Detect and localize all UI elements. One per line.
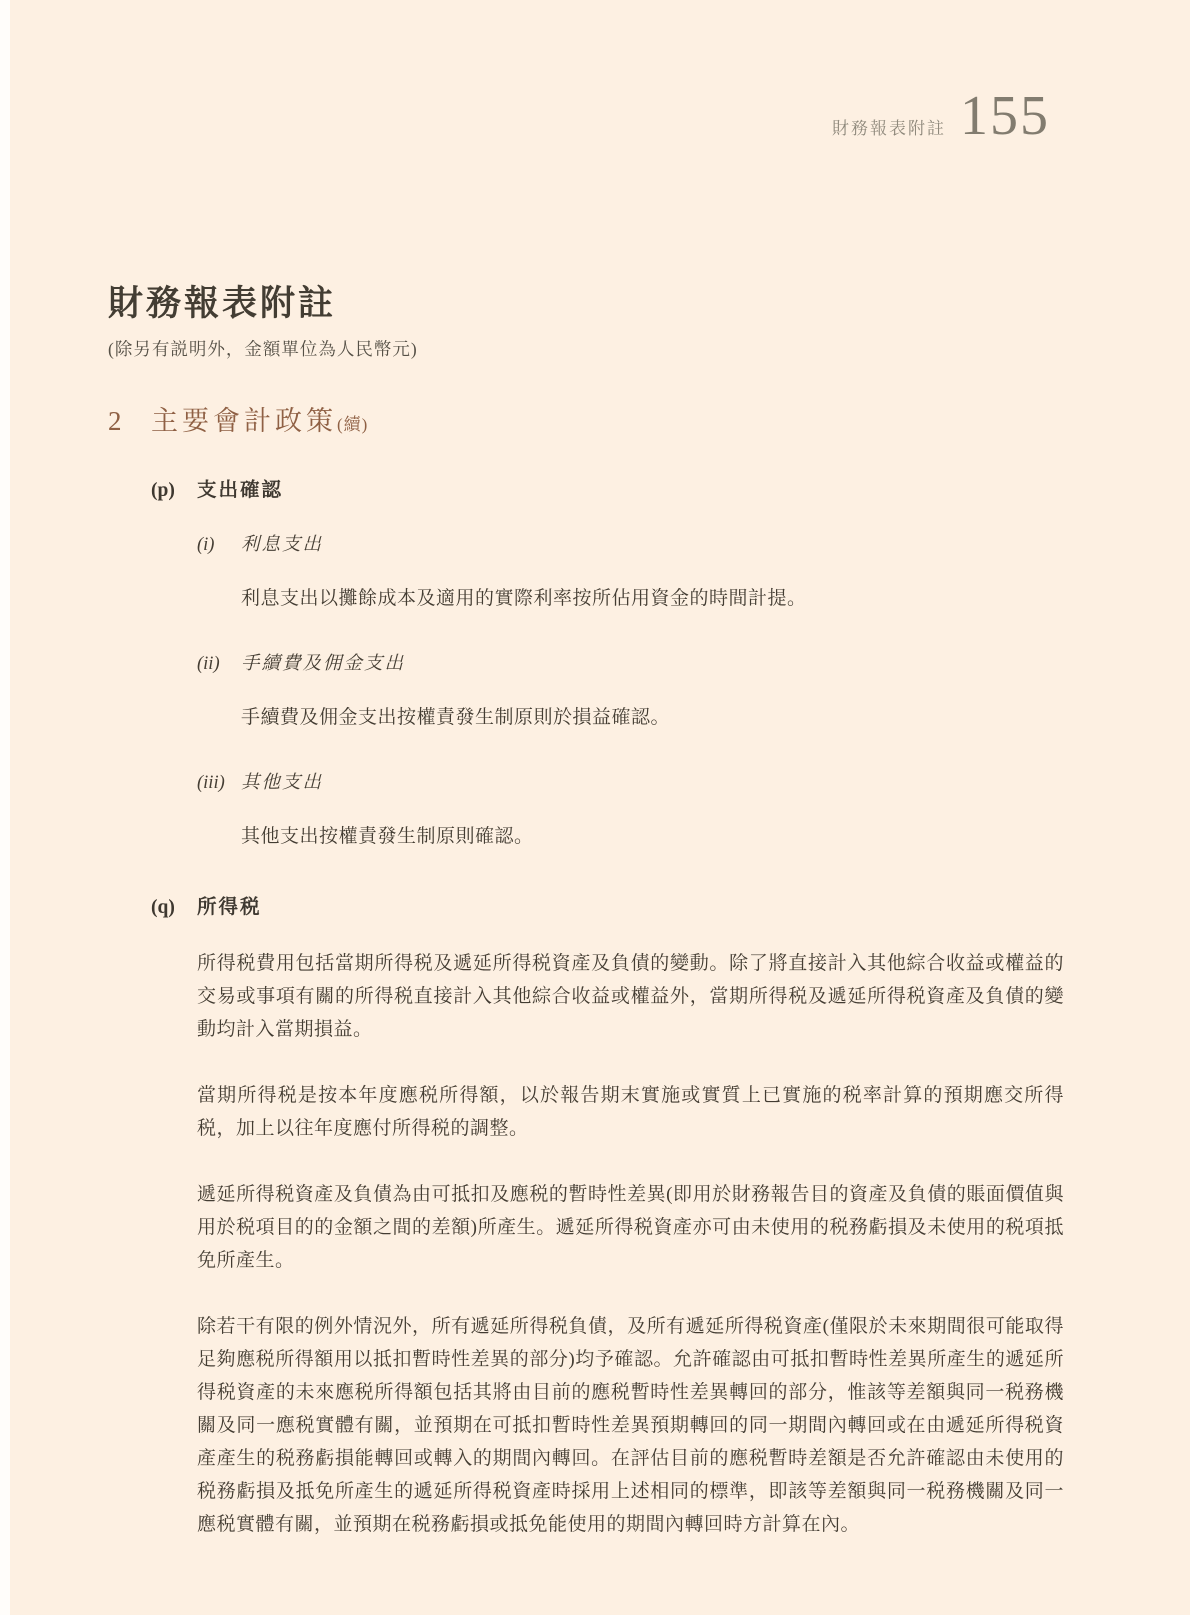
item-i-label: (i) — [197, 535, 241, 556]
item-ii-label: (ii) — [197, 654, 241, 675]
item-iii-label: (iii) — [197, 773, 241, 794]
running-header: 財務報表附註 155 — [832, 88, 1050, 144]
item-i-title: 利息支出 — [241, 530, 323, 556]
subsection-q-label: (q) — [151, 897, 197, 919]
section-heading: 2 主要會計政策(續) — [108, 399, 1064, 438]
subsection-p-label: (p) — [151, 480, 197, 502]
subsection-expense-recognition: (p) 支出確認 (i) 利息支出 利息支出以攤餘成本及適用的實際利率按所佔用資… — [151, 474, 1064, 853]
item-iii-heading: (iii) 其他支出 — [197, 768, 1064, 794]
item-iii-text: 其他支出按權責發生制原則確認。 — [241, 820, 1064, 853]
item-i-text: 利息支出以攤餘成本及適用的實際利率按所佔用資金的時間計提。 — [241, 582, 1064, 615]
income-tax-paragraph-4: 除若干有限的例外情況外，所有遞延所得税負債，及所有遞延所得税資產(僅限於未來期間… — [197, 1310, 1064, 1541]
page-content: 財務報表附註 (除另有説明外，金額單位為人民幣元) 2 主要會計政策(續) (p… — [108, 276, 1064, 1579]
item-other-expense: (iii) 其他支出 其他支出按權責發生制原則確認。 — [197, 768, 1064, 853]
section-number: 2 — [108, 406, 151, 437]
income-tax-paragraph-1: 所得税費用包括當期所得税及遞延所得税資產及負債的變動。除了將直接計入其他綜合收益… — [197, 947, 1064, 1046]
item-ii-text: 手續費及佣金支出按權責發生制原則於損益確認。 — [241, 701, 1064, 734]
item-ii-heading: (ii) 手續費及佣金支出 — [197, 649, 1064, 675]
item-interest-expense: (i) 利息支出 利息支出以攤餘成本及適用的實際利率按所佔用資金的時間計提。 — [197, 530, 1064, 615]
section-title: 主要會計政策 — [151, 399, 337, 438]
item-ii-title: 手續費及佣金支出 — [241, 649, 405, 675]
income-tax-paragraph-3: 遞延所得税資產及負債為由可抵扣及應税的暫時性差異(即用於財務報告目的資產及負債的… — [197, 1178, 1064, 1277]
subsection-p-title: 支出確認 — [197, 474, 283, 502]
page-number: 155 — [960, 88, 1050, 144]
page-left-margin — [0, 0, 10, 1615]
subsection-q-body: 所得税費用包括當期所得税及遞延所得税資產及負債的變動。除了將直接計入其他綜合收益… — [197, 947, 1064, 1541]
subsection-q-title: 所得税 — [197, 891, 262, 919]
page-title: 財務報表附註 — [108, 276, 1064, 326]
subsection-p-heading: (p) 支出確認 — [151, 474, 1064, 502]
income-tax-paragraph-2: 當期所得税是按本年度應税所得額，以於報告期末實施或實質上已實施的税率計算的預期應… — [197, 1079, 1064, 1145]
subsection-income-tax: (q) 所得税 所得税費用包括當期所得税及遞延所得税資產及負債的變動。除了將直接… — [151, 891, 1064, 1541]
running-header-label: 財務報表附註 — [832, 114, 946, 139]
section-continued-suffix: (續) — [337, 410, 368, 435]
item-fee-commission-expense: (ii) 手續費及佣金支出 手續費及佣金支出按權責發生制原則於損益確認。 — [197, 649, 1064, 734]
subsection-p-body: (i) 利息支出 利息支出以攤餘成本及適用的實際利率按所佔用資金的時間計提。 (… — [197, 530, 1064, 853]
subsection-q-heading: (q) 所得税 — [151, 891, 1064, 919]
item-i-heading: (i) 利息支出 — [197, 530, 1064, 556]
item-iii-title: 其他支出 — [241, 768, 323, 794]
page-subtitle: (除另有説明外，金額單位為人民幣元) — [108, 336, 1064, 361]
